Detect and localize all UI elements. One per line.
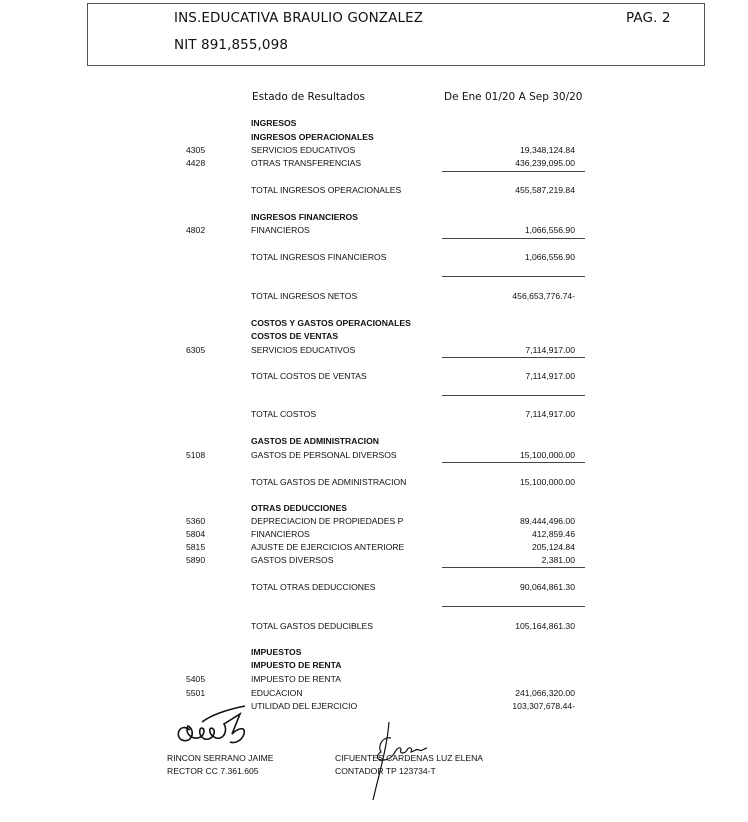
account-label: IMPUESTO DE RENTA xyxy=(251,673,341,685)
account-code: 4428 xyxy=(186,157,205,169)
table-row: 5360DEPRECIACION DE PROPIEDADES P89,444,… xyxy=(0,515,748,527)
total-row: UTILIDAD DEL EJERCICIO103,307,678.44- xyxy=(0,700,748,712)
account-label: TOTAL INGRESOS FINANCIEROS xyxy=(251,251,386,263)
subtotal-rule xyxy=(442,395,585,396)
total-row: TOTAL INGRESOS FINANCIEROS1,066,556.90 xyxy=(0,251,748,263)
account-amount: 103,307,678.44- xyxy=(512,700,575,712)
subtotal-rule xyxy=(442,567,585,568)
total-row: TOTAL GASTOS DE ADMINISTRACION15,100,000… xyxy=(0,476,748,488)
section-heading: INGRESOS OPERACIONALES xyxy=(0,131,748,143)
section-heading: GASTOS DE ADMINISTRACION xyxy=(0,435,748,447)
section-heading: COSTOS Y GASTOS OPERACIONALES xyxy=(0,317,748,329)
account-code: 5804 xyxy=(186,528,205,540)
table-row: 6305SERVICIOS EDUCATIVOS7,114,917.00 xyxy=(0,344,748,356)
account-amount: 1,066,556.90 xyxy=(525,251,575,263)
account-label: AJUSTE DE EJERCICIOS ANTERIORE xyxy=(251,541,404,553)
account-amount: 241,066,320.00 xyxy=(515,687,575,699)
table-row: 5890GASTOS DIVERSOS2,381.00 xyxy=(0,554,748,566)
account-label: UTILIDAD DEL EJERCICIO xyxy=(251,700,357,712)
accountant-role: CONTADOR TP 123734-T xyxy=(335,766,436,776)
account-amount: 455,587,219.84 xyxy=(515,184,575,196)
account-label: INGRESOS xyxy=(251,117,296,129)
account-amount: 2,381.00 xyxy=(542,554,575,566)
nit-number: NIT 891,855,098 xyxy=(174,37,288,53)
account-label: TOTAL COSTOS xyxy=(251,408,316,420)
account-amount: 1,066,556.90 xyxy=(525,224,575,236)
account-amount: 19,348,124.84 xyxy=(520,144,575,156)
page-number: PAG. 2 xyxy=(626,10,671,26)
account-label: INGRESOS OPERACIONALES xyxy=(251,131,374,143)
institution-name: INS.EDUCATIVA BRAULIO GONZALEZ xyxy=(174,10,423,26)
account-label: INGRESOS FINANCIEROS xyxy=(251,211,358,223)
subtotal-rule xyxy=(442,276,585,277)
subtotal-rule xyxy=(442,462,585,463)
subtotal-rule xyxy=(442,357,585,358)
total-row: TOTAL INGRESOS NETOS456,653,776.74- xyxy=(0,290,748,302)
account-amount: 7,114,917.00 xyxy=(525,344,575,356)
account-code: 5360 xyxy=(186,515,205,527)
account-amount: 89,444,496.00 xyxy=(520,515,575,527)
account-amount: 90,064,861.30 xyxy=(520,581,575,593)
subtotal-rule xyxy=(442,606,585,607)
total-row: TOTAL COSTOS7,114,917.00 xyxy=(0,408,748,420)
table-row: 4305SERVICIOS EDUCATIVOS19,348,124.84 xyxy=(0,144,748,156)
account-code: 5890 xyxy=(186,554,205,566)
account-amount: 412,859.46 xyxy=(532,528,575,540)
account-label: TOTAL INGRESOS OPERACIONALES xyxy=(251,184,401,196)
account-label: DEPRECIACION DE PROPIEDADES P xyxy=(251,515,403,527)
account-label: SERVICIOS EDUCATIVOS xyxy=(251,144,355,156)
total-row: TOTAL GASTOS DEDUCIBLES105,164,861.30 xyxy=(0,620,748,632)
table-row: 5804FINANCIEROS412,859.46 xyxy=(0,528,748,540)
account-code: 6305 xyxy=(186,344,205,356)
account-code: 4802 xyxy=(186,224,205,236)
report-period: De Ene 01/20 A Sep 30/20 xyxy=(444,91,582,103)
subtotal-rule xyxy=(442,171,585,172)
total-row: TOTAL COSTOS DE VENTAS7,114,917.00 xyxy=(0,370,748,382)
account-amount: 15,100,000.00 xyxy=(520,476,575,488)
account-amount: 456,653,776.74- xyxy=(512,290,575,302)
total-row: TOTAL INGRESOS OPERACIONALES455,587,219.… xyxy=(0,184,748,196)
account-label: IMPUESTOS xyxy=(251,646,301,658)
account-label: FINANCIEROS xyxy=(251,528,310,540)
account-label: GASTOS DE PERSONAL DIVERSOS xyxy=(251,449,397,461)
account-label: TOTAL GASTOS DE ADMINISTRACION xyxy=(251,476,406,488)
account-code: 5501 xyxy=(186,687,205,699)
account-label: TOTAL OTRAS DEDUCCIONES xyxy=(251,581,375,593)
table-row: 5815AJUSTE DE EJERCICIOS ANTERIORE205,12… xyxy=(0,541,748,553)
account-label: IMPUESTO DE RENTA xyxy=(251,659,341,671)
account-amount: 7,114,917.00 xyxy=(525,408,575,420)
account-label: FINANCIEROS xyxy=(251,224,310,236)
section-heading: INGRESOS FINANCIEROS xyxy=(0,211,748,223)
account-label: TOTAL COSTOS DE VENTAS xyxy=(251,370,367,382)
subtotal-rule xyxy=(442,238,585,239)
account-label: GASTOS DE ADMINISTRACION xyxy=(251,435,379,447)
section-heading: INGRESOS xyxy=(0,117,748,129)
accountant-name: CIFUENTES CARDENAS LUZ ELENA xyxy=(335,753,483,763)
account-label: COSTOS DE VENTAS xyxy=(251,330,338,342)
account-label: OTRAS DEDUCCIONES xyxy=(251,502,347,514)
account-label: TOTAL INGRESOS NETOS xyxy=(251,290,357,302)
account-label: GASTOS DIVERSOS xyxy=(251,554,333,566)
table-row: 5108GASTOS DE PERSONAL DIVERSOS15,100,00… xyxy=(0,449,748,461)
account-label: TOTAL GASTOS DEDUCIBLES xyxy=(251,620,373,632)
account-code: 5405 xyxy=(186,673,205,685)
account-label: SERVICIOS EDUCATIVOS xyxy=(251,344,355,356)
account-amount: 105,164,861.30 xyxy=(515,620,575,632)
account-amount: 7,114,917.00 xyxy=(525,370,575,382)
account-amount: 205,124.84 xyxy=(532,541,575,553)
section-heading: COSTOS DE VENTAS xyxy=(0,330,748,342)
table-row: 4428OTRAS TRANSFERENCIAS436,239,095.00 xyxy=(0,157,748,169)
account-amount: 436,239,095.00 xyxy=(515,157,575,169)
table-row: 4802FINANCIEROS1,066,556.90 xyxy=(0,224,748,236)
section-heading: IMPUESTOS xyxy=(0,646,748,658)
account-label: COSTOS Y GASTOS OPERACIONALES xyxy=(251,317,411,329)
account-label: OTRAS TRANSFERENCIAS xyxy=(251,157,361,169)
account-code: 5108 xyxy=(186,449,205,461)
report-title: Estado de Resultados xyxy=(252,91,365,103)
account-code: 4305 xyxy=(186,144,205,156)
account-code: 5815 xyxy=(186,541,205,553)
account-label: EDUCACION xyxy=(251,687,303,699)
section-heading: OTRAS DEDUCCIONES xyxy=(0,502,748,514)
table-row: 5405IMPUESTO DE RENTA xyxy=(0,673,748,685)
table-row: 5501EDUCACION241,066,320.00 xyxy=(0,687,748,699)
rector-role: RECTOR CC 7.361.605 xyxy=(167,766,259,776)
rector-signature-icon xyxy=(170,700,260,750)
account-amount: 15,100,000.00 xyxy=(520,449,575,461)
total-row: TOTAL OTRAS DEDUCCIONES90,064,861.30 xyxy=(0,581,748,593)
rector-name: RINCON SERRANO JAIME xyxy=(167,753,273,763)
section-heading: IMPUESTO DE RENTA xyxy=(0,659,748,671)
